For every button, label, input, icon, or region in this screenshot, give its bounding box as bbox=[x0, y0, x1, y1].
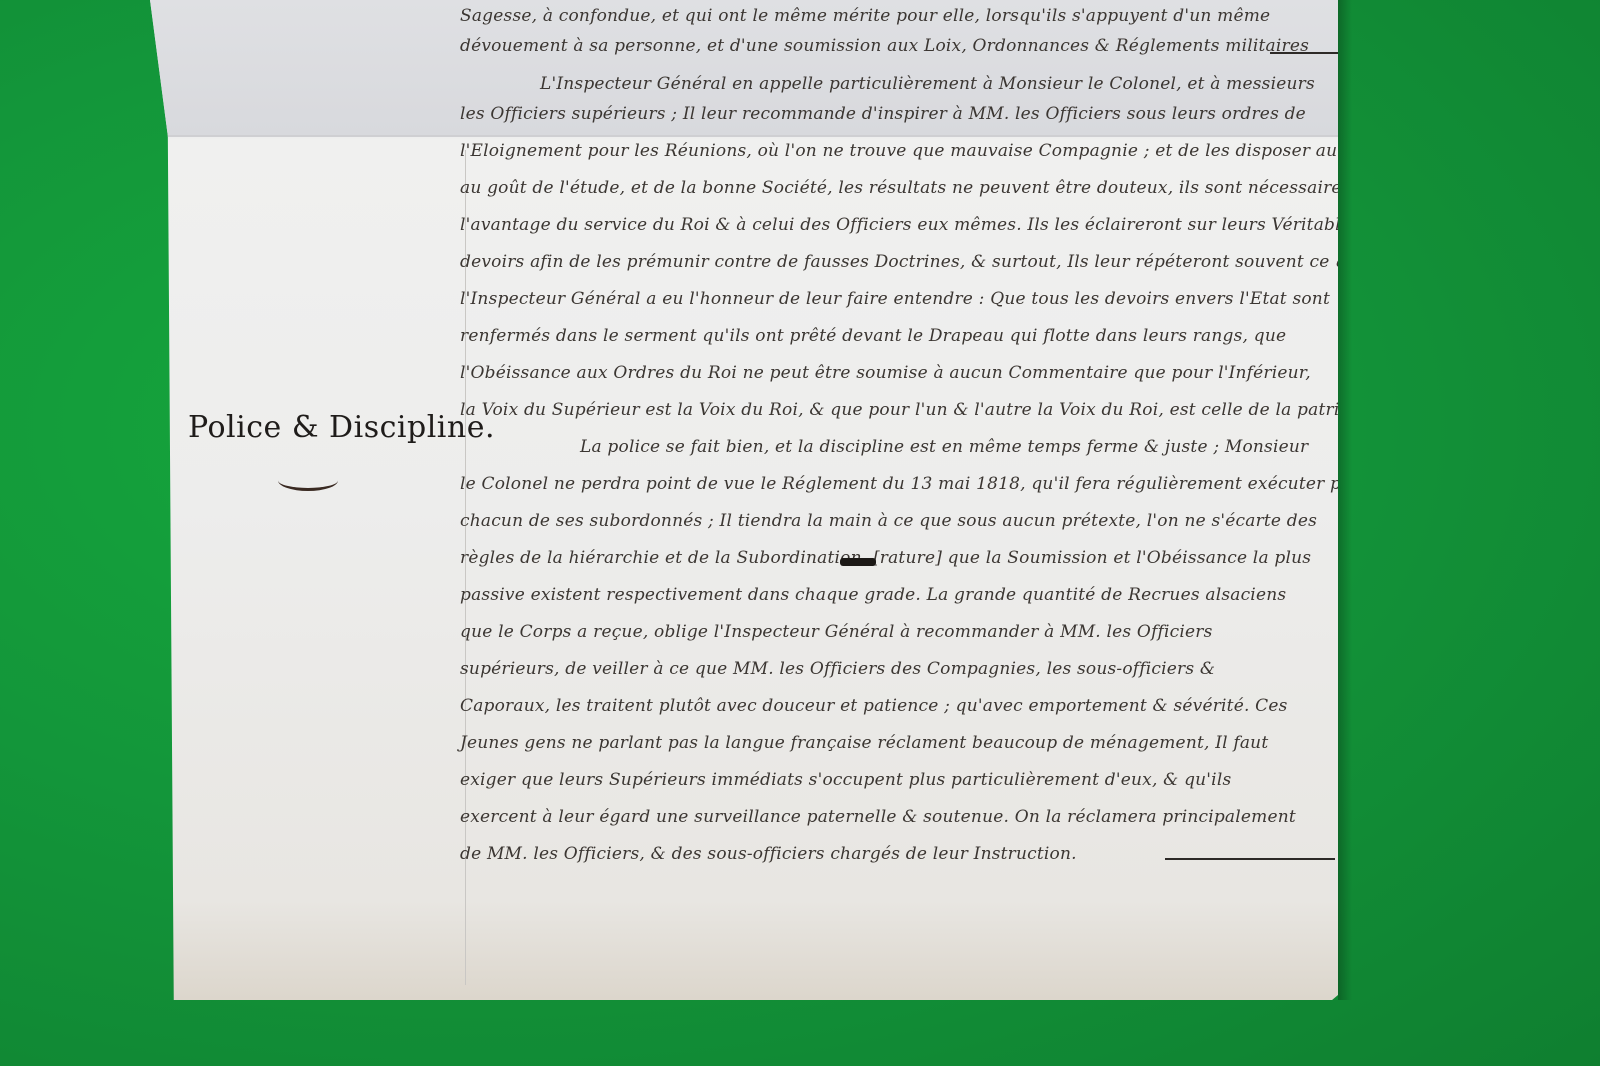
text-line: Jeunes gens ne parlant pas la langue fra… bbox=[460, 733, 1268, 753]
page-edge-shadow bbox=[1338, 0, 1352, 1000]
text-line: au goût de l'étude, et de la bonne Socié… bbox=[460, 178, 1402, 198]
text-line: exercent à leur égard une surveillance p… bbox=[460, 807, 1296, 827]
text-line: l'Inspecteur Général a eu l'honneur de l… bbox=[460, 289, 1330, 309]
text-line: la Voix du Supérieur est la Voix du Roi,… bbox=[460, 400, 1355, 420]
text-line: La police se fait bien, et la discipline… bbox=[580, 437, 1308, 457]
text-line: devoirs afin de les prémunir contre de f… bbox=[460, 252, 1368, 272]
text-line: passive existent respectivement dans cha… bbox=[460, 585, 1286, 605]
text-line: le Colonel ne perdra point de vue le Rég… bbox=[460, 474, 1360, 494]
text-line: dévouement à sa personne, et d'une soumi… bbox=[460, 36, 1309, 56]
text-line: renfermés dans le serment qu'ils ont prê… bbox=[460, 326, 1286, 346]
heading-flourish bbox=[278, 470, 338, 491]
text-line: l'avantage du service du Roi & à celui d… bbox=[460, 215, 1360, 235]
text-line: chacun de ses subordonnés ; Il tiendra l… bbox=[460, 511, 1317, 531]
text-line: exiger que leurs Supérieurs immédiats s'… bbox=[460, 770, 1231, 790]
text-line: que le Corps a reçue, oblige l'Inspecteu… bbox=[460, 622, 1213, 642]
paragraph-end-rule bbox=[1270, 52, 1340, 54]
text-line: l'Eloignement pour les Réunions, où l'on… bbox=[460, 141, 1424, 161]
text-line: l'Obéissance aux Ordres du Roi ne peut ê… bbox=[460, 363, 1311, 383]
text-line: supérieurs, de veiller à ce que MM. les … bbox=[460, 659, 1215, 679]
ink-strikeout bbox=[840, 558, 876, 566]
text-line: L'Inspecteur Général en appelle particul… bbox=[540, 74, 1315, 94]
manuscript-page: Police & Discipline. Sagesse, à confondu… bbox=[150, 0, 1338, 1000]
text-line: règles de la hiérarchie et de la Subordi… bbox=[460, 548, 1311, 568]
text-line: de MM. les Officiers, & des sous-officie… bbox=[460, 844, 1077, 864]
margin-heading-police-discipline: Police & Discipline. bbox=[188, 410, 495, 445]
text-line: Caporaux, les traitent plutôt avec douce… bbox=[460, 696, 1288, 716]
paragraph-end-rule bbox=[1165, 858, 1335, 860]
text-line: les Officiers supérieurs ; Il leur recom… bbox=[460, 104, 1306, 124]
text-line: Sagesse, à confondue, et qui ont le même… bbox=[460, 6, 1270, 26]
